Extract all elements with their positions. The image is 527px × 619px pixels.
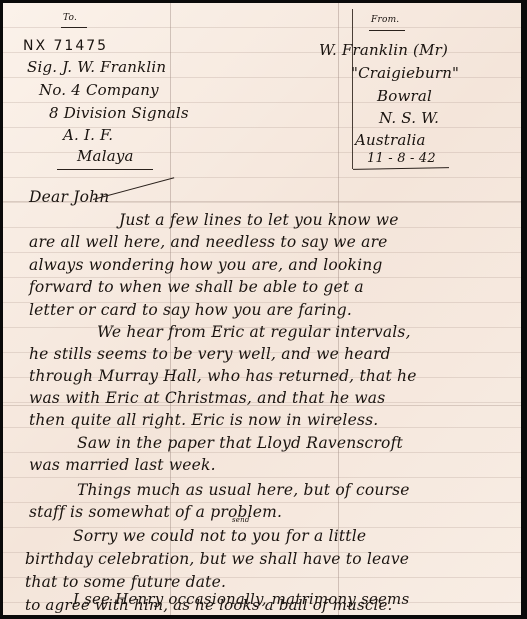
to-header: To. [63,13,77,23]
body-line: Saw in the paper that Lloyd Ravenscroft [77,434,403,452]
recipient-name: Sig. J. W. Franklin [27,58,166,76]
from-block-underline [353,167,449,170]
sender-country: Australia [355,131,426,149]
body-line: that to some future date. [25,573,226,591]
letter-page: To. NX 71475 Sig. J. W. Franklin No. 4 C… [3,3,521,615]
body-line: Things much as usual here, but of course [77,481,410,499]
body-line: was with Eric at Christmas, and that he … [29,389,385,407]
recipient-unit: 8 Division Signals [49,104,189,122]
sender-name: W. Franklin (Mr) [319,41,448,59]
body-line: Sorry we could not to you for a little [73,527,366,545]
to-block-underline [57,169,153,170]
body-line: are all well here, and needless to say w… [29,233,388,251]
recipient-force: A. I. F. [63,126,113,144]
address-divider [352,9,353,169]
body-line: to agree with him, as he looks a ball of… [25,596,393,614]
sender-town: Bowral [377,87,432,105]
body-line: through Murray Hall, who has returned, t… [29,367,417,385]
sender-house: "Craigieburn" [351,64,459,82]
body-line: he stills seems to be very well, and we … [29,345,391,363]
body-line: We hear from Eric at regular intervals, [97,323,411,341]
body-line: was married last week. [29,456,216,474]
insertion-caret: ^ [240,537,247,546]
service-number: NX 71475 [23,38,108,54]
letter-date: 11 - 8 - 42 [367,151,436,166]
body-line: Just a few lines to let you know we [119,211,399,229]
to-header-underline [61,27,87,28]
insertion-word: send [232,516,250,524]
from-header: From. [371,15,399,25]
sender-state: N. S. W. [379,109,439,127]
body-line: then quite all right. Eric is now in wir… [29,411,378,429]
body-line: always wondering how you are, and lookin… [29,256,383,274]
recipient-location: Malaya [77,147,134,165]
from-header-underline [369,30,405,31]
body-line: birthday celebration, but we shall have … [25,550,409,568]
recipient-company: No. 4 Company [39,81,159,99]
body-line: letter or card to say how you are faring… [29,301,352,319]
body-line: forward to when we shall be able to get … [29,278,364,296]
